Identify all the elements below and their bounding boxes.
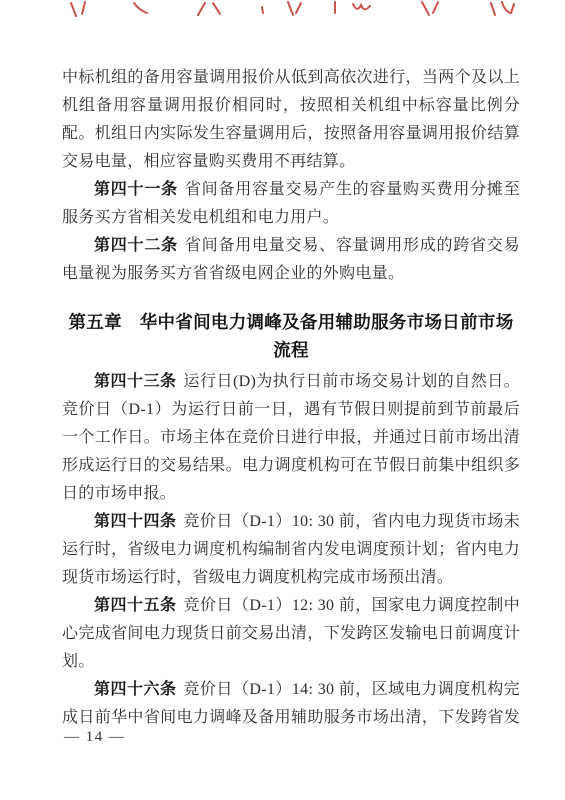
text-line: 配。机组日内实际发生容量调用后，按照备用容量调用报价结算 (62, 120, 520, 148)
text-line: 运行时，省级电力调度机构编制省内发电调度预计划；省内电力 (62, 536, 520, 564)
text-line: 第四十四条竞价日（D-1）10: 30 前，省内电力现货市场未 (62, 508, 520, 536)
red-ink-marks (0, 0, 565, 22)
document-page: 中标机组的备用容量调用报价从低到高依次进行，当两个及以上 机组备用容量调用报价相… (0, 0, 565, 800)
text-line: 一个工作日。市场主体在竞价日进行申报，并通过日前市场出清 (62, 424, 520, 452)
text-line: 成日前华中省间电力调峰及备用辅助服务市场出清，下发跨省发 (62, 704, 520, 732)
text-line: 第四十二条省间备用电量交易、容量调用形成的跨省交易 (62, 232, 520, 260)
article-number: 第四十二条 (94, 237, 178, 254)
line-text: 运行时，省级电力调度机构编制省内发电调度预计划；省内电力 (62, 541, 520, 558)
text-line: 服务买方省相关发电机组和电力用户。 (62, 204, 520, 232)
line-text: 电量视为服务买方省省级电网企业的外购电量。 (62, 265, 404, 282)
article-number: 第四十六条 (94, 681, 176, 698)
line-text: 服务买方省相关发电机组和电力用户。 (62, 209, 339, 226)
line-text: 竞价日（D-1）14: 30 前，区域电力调度机构完 (183, 681, 520, 698)
text-line: 现货市场运行时，省级电力调度机构完成市场预出清。 (62, 564, 520, 592)
document-body: 中标机组的备用容量调用报价从低到高依次进行，当两个及以上 机组备用容量调用报价相… (62, 64, 520, 732)
line-text: 现货市场运行时，省级电力调度机构完成市场预出清。 (62, 569, 453, 586)
text-line: 心完成省间电力现货日前交易出清，下发跨区发输电日前调度计 (62, 620, 520, 648)
text-line: 竞价日（D-1）为运行日前一日，遇有节假日则提前到节前最后 (62, 396, 520, 424)
line-text: 运行日(D)为执行日前市场交易计划的自然日。 (183, 373, 520, 390)
line-text: 心完成省间电力现货日前交易出清，下发跨区发输电日前调度计 (62, 625, 520, 642)
line-text: 成日前华中省间电力调峰及备用辅助服务市场出清，下发跨省发 (62, 709, 520, 726)
text-line: 中标机组的备用容量调用报价从低到高依次进行，当两个及以上 (62, 64, 520, 92)
chapter-heading: 第五章 华中省间电力调峰及备用辅助服务市场日前市场组织 流程 (62, 308, 520, 364)
chapter-heading-line2: 流程 (62, 336, 520, 364)
chapter-body: 第四十三条运行日(D)为执行日前市场交易计划的自然日。 竞价日（D-1）为运行日… (62, 368, 520, 732)
line-text: 机组备用容量调用报价相同时，按照相关机组中标容量比例分 (62, 97, 520, 114)
text-line: 机组备用容量调用报价相同时，按照相关机组中标容量比例分 (62, 92, 520, 120)
article-number: 第四十一条 (94, 181, 178, 198)
text-line: 第四十六条竞价日（D-1）14: 30 前，区域电力调度机构完 (62, 676, 520, 704)
text-line: 划。 (62, 648, 520, 676)
line-text: 配。机组日内实际发生容量调用后，按照备用容量调用报价结算 (62, 125, 520, 142)
article-number: 第四十三条 (94, 373, 176, 390)
text-line: 第四十五条竞价日（D-1）12: 30 前，国家电力调度控制中 (62, 592, 520, 620)
line-text: 省间备用电量交易、容量调用形成的跨省交易 (185, 237, 520, 254)
text-line: 形成运行日的交易结果。电力调度机构可在节假日前集中组织多 (62, 452, 520, 480)
line-text: 一个工作日。市场主体在竞价日进行申报，并通过日前市场出清 (62, 429, 520, 446)
line-text: 竞价日（D-1）为运行日前一日，遇有节假日则提前到节前最后 (62, 401, 520, 418)
article-number: 第四十五条 (94, 597, 176, 614)
line-text: 日的市场申报。 (62, 485, 176, 502)
page-number: — 14 — (64, 729, 126, 746)
line-text: 形成运行日的交易结果。电力调度机构可在节假日前集中组织多 (62, 457, 520, 474)
text-line: 电量视为服务买方省省级电网企业的外购电量。 (62, 260, 520, 288)
article-number: 第四十四条 (94, 513, 176, 530)
chapter-heading-line1: 第五章 华中省间电力调峰及备用辅助服务市场日前市场组织 (62, 308, 520, 336)
text-line: 交易电量，相应容量购买费用不再结算。 (62, 148, 520, 176)
line-text: 交易电量，相应容量购买费用不再结算。 (62, 153, 355, 170)
line-text: 省间备用容量交易产生的容量购买费用分摊至 (185, 181, 520, 198)
text-line: 第四十三条运行日(D)为执行日前市场交易计划的自然日。 (62, 368, 520, 396)
text-line: 日的市场申报。 (62, 480, 520, 508)
text-line: 第四十一条省间备用容量交易产生的容量购买费用分摊至 (62, 176, 520, 204)
line-text: 中标机组的备用容量调用报价从低到高依次进行，当两个及以上 (62, 69, 520, 86)
line-text: 划。 (62, 653, 95, 670)
line-text: 竞价日（D-1）10: 30 前，省内电力现货市场未 (183, 513, 520, 530)
line-text: 竞价日（D-1）12: 30 前，国家电力调度控制中 (183, 597, 520, 614)
